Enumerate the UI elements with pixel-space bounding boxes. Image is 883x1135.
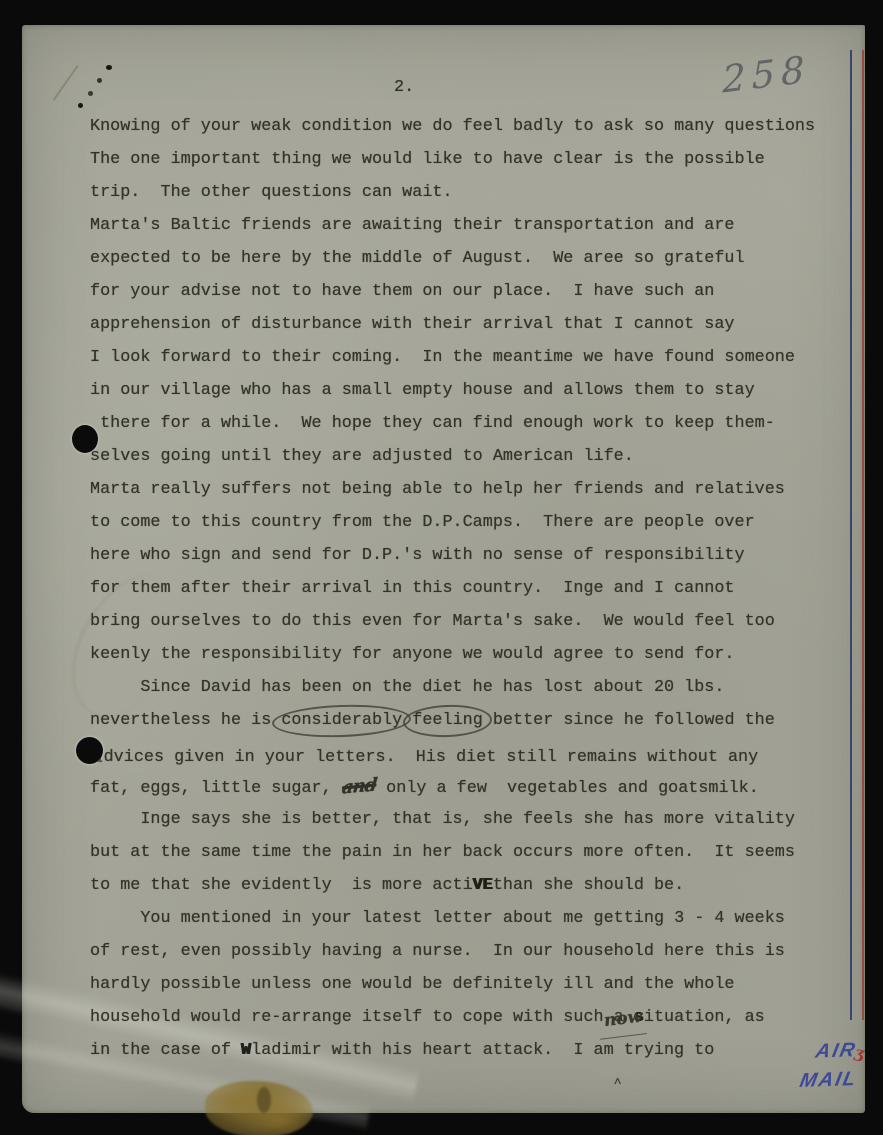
pencil-circled-word: feeling: [412, 711, 483, 730]
typed-text-segment: household would re-arrange itself to cop…: [90, 1008, 634, 1027]
scratch-mark: [53, 65, 79, 101]
typed-text-segment: Since David has been on the diet he has …: [90, 678, 724, 697]
typed-text-segment: trip. The other questions can wait.: [90, 183, 453, 202]
insertion-caret: ^: [614, 1067, 622, 1100]
typed-text-segment: Inge says she is better, that is, she fe…: [90, 810, 795, 829]
typed-text-segment: Marta really suffers not being able to h…: [90, 480, 785, 499]
typed-line: You mentioned in your latest letter abou…: [90, 902, 842, 935]
typed-line: Inge says she is better, that is, she fe…: [90, 803, 842, 836]
typed-text-segment: Marta's Baltic friends are awaiting thei…: [90, 216, 735, 235]
typed-line: keenly the responsibility for anyone we …: [90, 638, 842, 671]
typed-text-segment: dvices given in your letters. His diet s…: [104, 748, 759, 767]
typed-text-segment: [402, 711, 412, 730]
typed-line: Since David has been on the diet he has …: [90, 671, 842, 704]
handwritten-archival-number: 258: [722, 47, 811, 101]
typed-line: The one important thing we would like to…: [90, 143, 842, 176]
typed-text-segment: but at the same time the pain in her bac…: [90, 843, 795, 862]
staple-hole: [78, 103, 83, 108]
letter-body-text: Knowing of your weak condition we do fee…: [90, 110, 842, 1067]
stain-mark-dark-spot: [257, 1087, 271, 1113]
typewriter-overstrike: VE: [473, 876, 493, 895]
typed-line: bring ourselves to do this even for Mart…: [90, 605, 842, 638]
typed-text-segment: expected to be here by the middle of Aug…: [90, 249, 745, 268]
typed-text-segment: bring ourselves to do this even for Mart…: [90, 612, 775, 631]
typed-text-segment: in the case of: [90, 1041, 241, 1060]
typed-line: expected to be here by the middle of Aug…: [90, 242, 842, 275]
typed-line: in our village who has a small empty hou…: [90, 374, 842, 407]
typed-line: in the case of Wladimir with his heart a…: [90, 1034, 842, 1067]
typed-text-segment: ladimir with his heart attack. I am: [251, 1041, 614, 1060]
typed-line: fat, eggs, little sugar, and only a few …: [90, 770, 842, 803]
typed-line: Marta really suffers not being able to h…: [90, 473, 842, 506]
typed-line: for them after their arrival in this cou…: [90, 572, 842, 605]
typed-line: to me that she evidently is more actiVEt…: [90, 869, 842, 902]
typed-line: of rest, even possibly having a nurse. I…: [90, 935, 842, 968]
staple-hole: [106, 65, 112, 70]
typed-line: to come to this country from the D.P.Cam…: [90, 506, 842, 539]
typed-line: hardly possible unless one would be defi…: [90, 968, 842, 1001]
typed-line: there for a while. We hope they can find…: [90, 407, 842, 440]
typed-text-segment: I look forward to their coming. In the m…: [90, 348, 795, 367]
typed-line: selves going until they are adjusted to …: [90, 440, 842, 473]
typed-text-segment: to me that she evidently is more acti: [90, 876, 473, 895]
typed-text-segment: ituation, as: [644, 1008, 765, 1027]
typed-text-segment: here who sign and send for D.P.'s with n…: [90, 546, 745, 565]
typed-text-segment: Knowing of your weak condition we do fee…: [90, 117, 815, 136]
typed-line: I look forward to their coming. In the m…: [90, 341, 842, 374]
typed-text-segment: keenly the responsibility for anyone we …: [90, 645, 735, 664]
typed-text-segment: for your advise not to have them on our …: [90, 282, 714, 301]
margin-rule-blue-line: [850, 50, 852, 1020]
typed-text-segment: better since he followed the: [483, 711, 775, 730]
handwritten-word: now: [596, 1000, 647, 1040]
typed-line: Knowing of your weak condition we do fee…: [90, 110, 842, 143]
typed-line: but at the same time the pain in her bac…: [90, 836, 842, 869]
typed-text-segment: apprehension of disturbance with their a…: [90, 315, 735, 334]
pencil-circled-word: considerably: [281, 711, 402, 730]
typed-text-segment: than she should be.: [493, 876, 684, 895]
typed-text-segment: nevertheless he is: [90, 711, 281, 730]
typed-text-segment: fat, eggs, little sugar,: [90, 779, 342, 798]
punch-hole-top: [72, 425, 98, 453]
typed-line: advices given in your letters. His diet …: [90, 737, 842, 770]
typed-text-segment: for them after their arrival in this cou…: [90, 579, 735, 598]
punch-hole-bottom: [76, 737, 103, 764]
margin-rule-red-line: [862, 50, 864, 1020]
typed-line: nevertheless he is considerably feeling …: [90, 704, 842, 737]
airmail-line-2: MAIL: [797, 1065, 860, 1096]
typed-text-segment: only a few vegetables and goatsmilk.: [376, 779, 759, 798]
typed-page-number: 2.: [394, 78, 414, 98]
typed-line: for your advise not to have them on our …: [90, 275, 842, 308]
typed-text-segment: of rest, even possibly having a nurse. I…: [90, 942, 785, 961]
typed-text-segment: hardly possible unless one would be defi…: [90, 975, 735, 994]
typed-line: here who sign and send for D.P.'s with n…: [90, 539, 842, 572]
typed-text-segment: there for a while. We hope they can find…: [90, 414, 775, 433]
typed-line: household would re-arrange itself to cop…: [90, 1001, 842, 1034]
staple-hole: [88, 91, 93, 96]
typed-text-segment: You mentioned in your latest letter abou…: [90, 909, 785, 928]
typewriter-overstrike: W: [241, 1041, 251, 1060]
typed-line: trip. The other questions can wait.: [90, 176, 842, 209]
typed-line: Marta's Baltic friends are awaiting thei…: [90, 209, 842, 242]
scanned-letter-screenshot: { "document": { "archival_number": "258"…: [0, 0, 883, 1135]
typed-text-segment: The one important thing we would like to…: [90, 150, 765, 169]
typed-text-segment: in our village who has a small empty hou…: [90, 381, 755, 400]
typed-line: apprehension of disturbance with their a…: [90, 308, 842, 341]
typed-text-segment: to come to this country from the D.P.Cam…: [90, 513, 755, 532]
typed-text-segment: selves going until they are adjusted to …: [90, 447, 634, 466]
staple-hole: [97, 78, 102, 83]
letter-paper: 258 2. Knowing of your weak condition we…: [22, 25, 865, 1113]
handwritten-scribbled-word: and: [340, 768, 378, 804]
typed-text-segment: trying to: [624, 1041, 715, 1060]
